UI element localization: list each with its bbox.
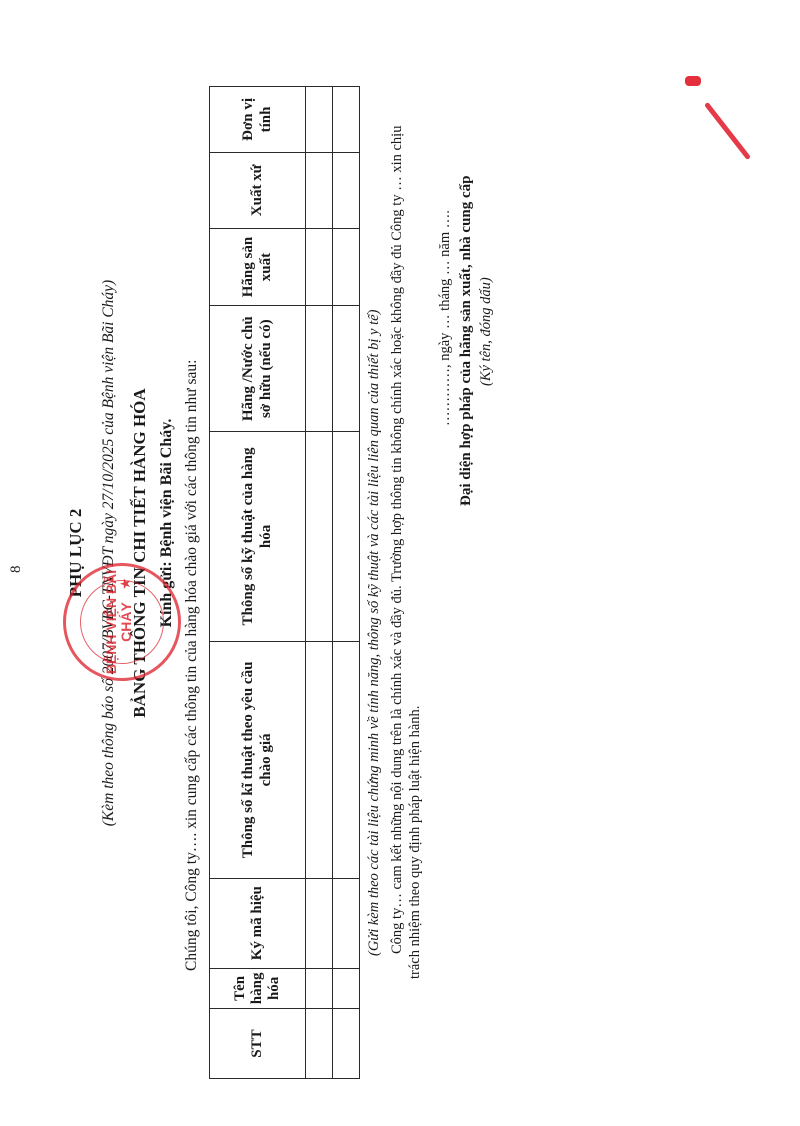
page-number: 8: [8, 566, 25, 574]
table-cell: [306, 228, 333, 306]
table-cell: [306, 968, 333, 1009]
table-row: [306, 87, 333, 1079]
table-cell: [333, 306, 360, 432]
table-cell: [333, 1009, 360, 1079]
red-ink-dot: [685, 76, 701, 86]
commitment-line-2: trách nhiệm theo quy định pháp luật hiện…: [407, 706, 424, 979]
header-thong-so-yeu-cau: Thông số kĩ thuật theo yêu cầu chào giá: [210, 641, 306, 878]
recipient-line: Kính gửi: Bệnh viện Bãi Cháy.: [158, 0, 176, 1126]
table-cell: [333, 878, 360, 968]
table-cell: [306, 878, 333, 968]
date-line: …………, ngày … tháng … năm ….: [437, 210, 454, 426]
signature-note: (Ký tên, đóng dấu): [478, 277, 495, 386]
attachment-note: (Gửi kèm theo các tài liệu chứng minh về…: [366, 310, 383, 956]
header-hang-nuoc-chu-so-huu: Hãng /Nước chủ sở hữu (nếu có): [210, 306, 306, 432]
table-cell: [306, 1009, 333, 1079]
stamp-inner-ring: [80, 580, 164, 664]
table-header-row: STT Tên hàng hóa Ký mã hiệu Thông số kĩ …: [210, 87, 306, 1079]
header-thong-so-hang-hoa: Thông số kỹ thuật của hàng hóa: [210, 431, 306, 641]
header-ky-ma-hieu: Ký mã hiệu: [210, 878, 306, 968]
signature-title: Đại diện hợp pháp của hãng sản xuất, nhà…: [458, 175, 475, 506]
table-cell: [306, 152, 333, 228]
main-title: BẢNG THÔNG TIN CHI TIẾT HÀNG HÓA: [130, 0, 150, 1126]
table-cell: [306, 641, 333, 878]
document-subtitle: (Kèm theo thông báo số 2007/BVBC-TNVĐT n…: [100, 0, 118, 1126]
table-cell: [306, 431, 333, 641]
document-page: 8 PHỤ LỤC 2 (Kèm theo thông báo số 2007/…: [0, 0, 800, 1126]
header-hang-san-xuat: Hãng sản xuất: [210, 228, 306, 306]
header-don-vi-tinh: Đơn vị tính: [210, 87, 306, 153]
goods-detail-table: STT Tên hàng hóa Ký mã hiệu Thông số kĩ …: [209, 86, 360, 1079]
table-cell: [333, 968, 360, 1009]
intro-paragraph: Chúng tôi, Công ty…. xin cung cấp các th…: [183, 360, 201, 972]
table-cell: [306, 306, 333, 432]
table-cell: [306, 87, 333, 153]
table-cell: [333, 641, 360, 878]
red-ink-mark: [704, 102, 751, 160]
appendix-title: PHỤ LỤC 2: [66, 0, 86, 1126]
header-xuat-xu: Xuất xứ: [210, 152, 306, 228]
table-cell: [333, 152, 360, 228]
commitment-line-1: Công ty… cam kết những nội dung trên là …: [389, 126, 406, 954]
table-row: [333, 87, 360, 1079]
header-stt: STT: [210, 1009, 306, 1079]
table-cell: [333, 431, 360, 641]
header-ten-hang-hoa: Tên hàng hóa: [210, 968, 306, 1009]
table-cell: [333, 87, 360, 153]
table-cell: [333, 228, 360, 306]
